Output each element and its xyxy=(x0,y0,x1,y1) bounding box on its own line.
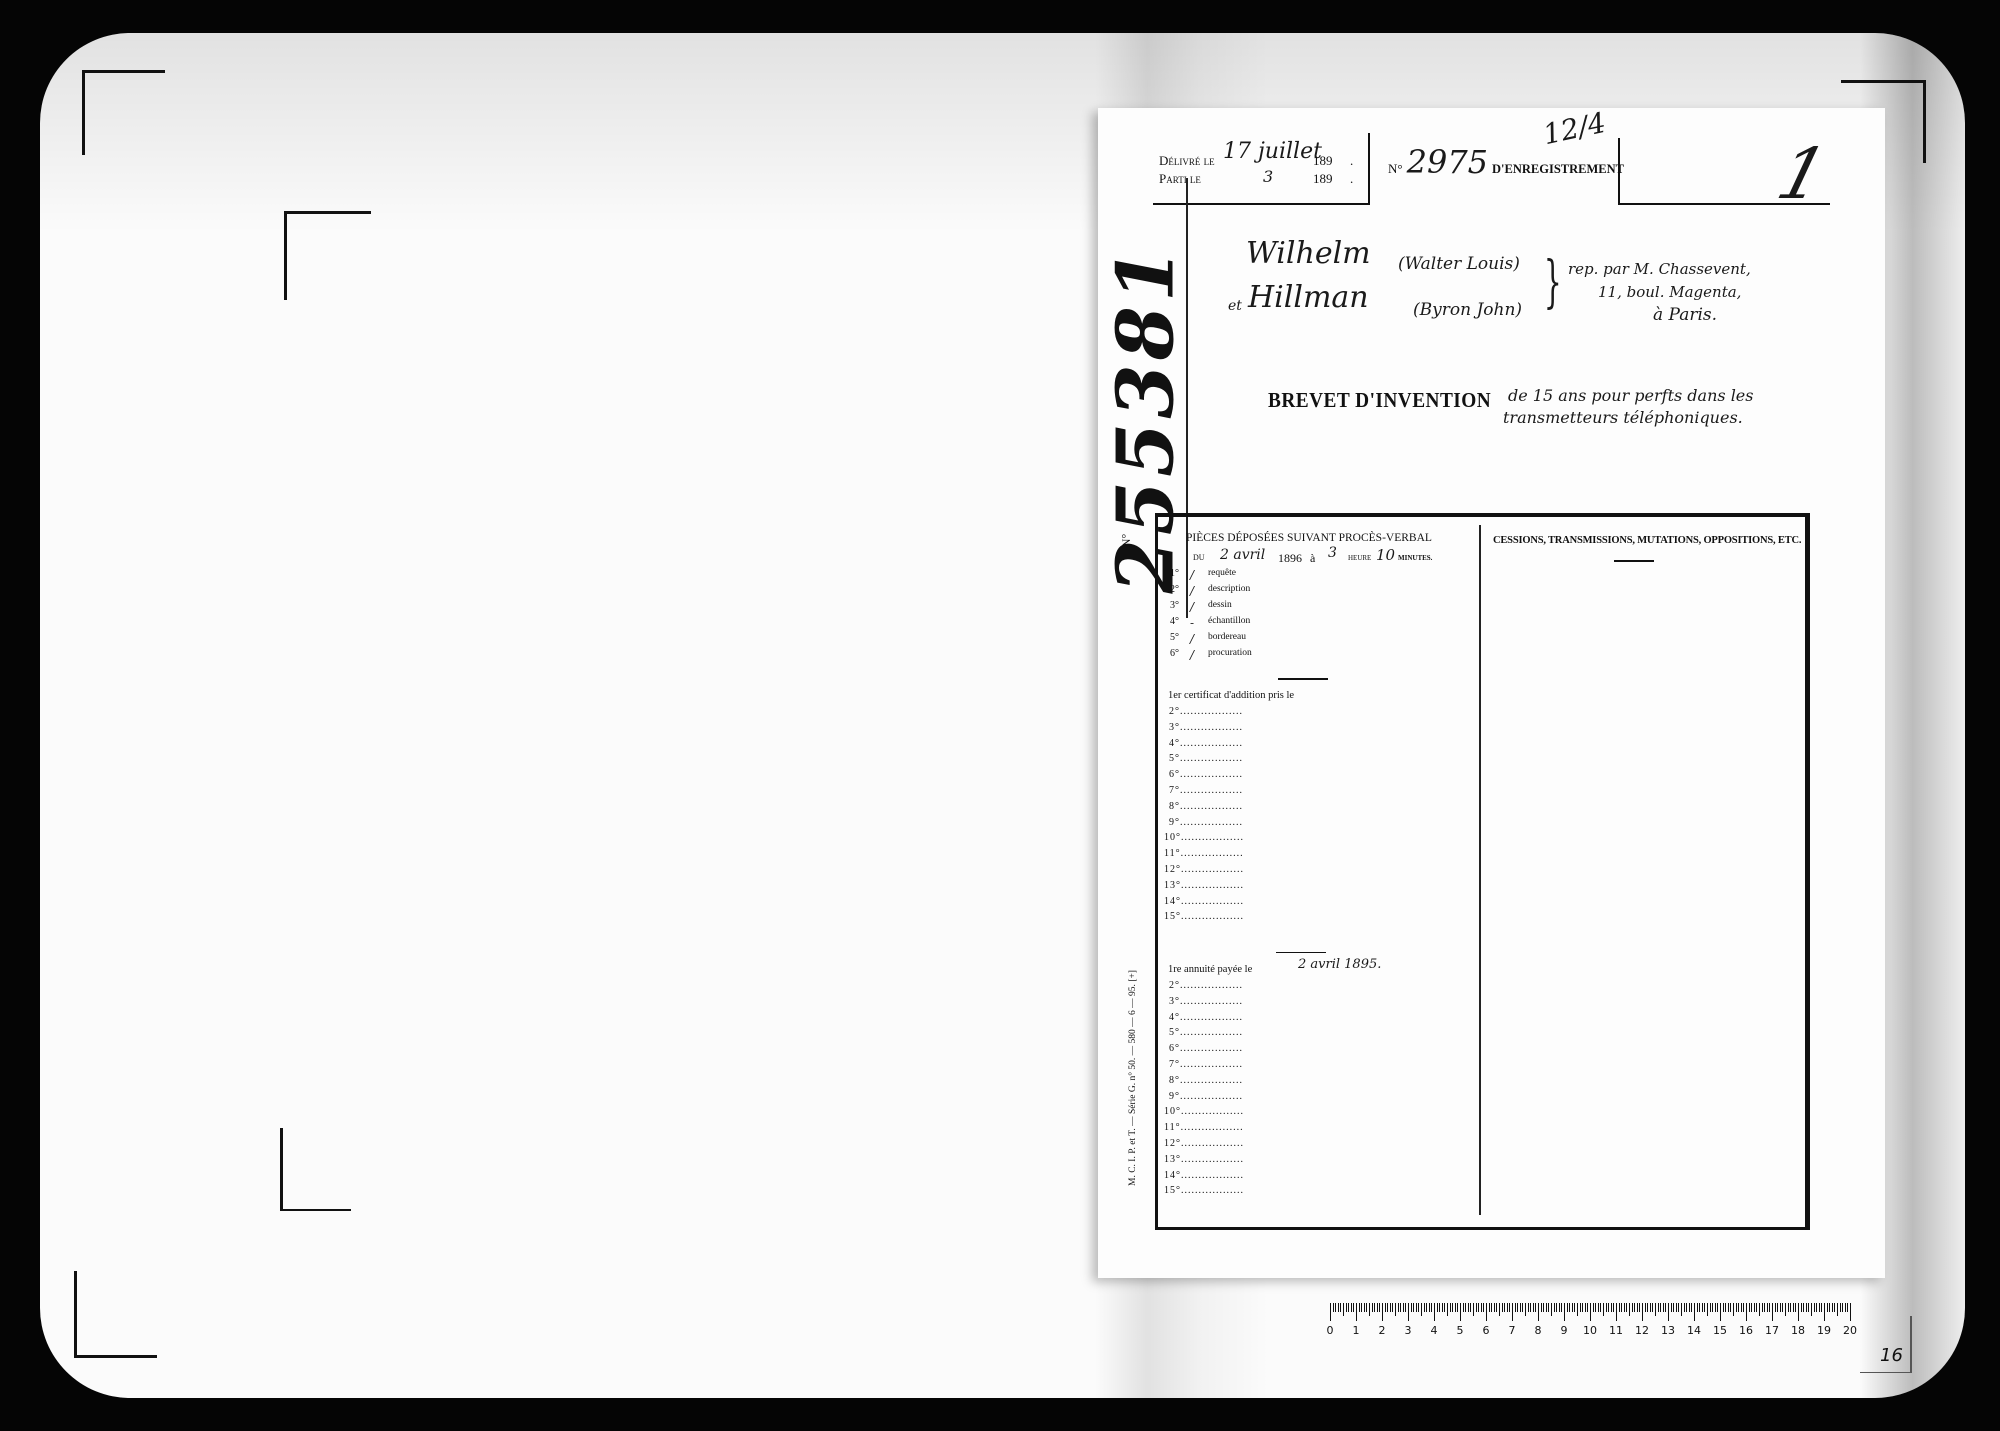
ruler-tick xyxy=(1460,1303,1461,1321)
ruler-tick xyxy=(1483,1303,1484,1312)
frame-number: 16 xyxy=(1880,1345,1903,1366)
ruler-tick xyxy=(1567,1303,1568,1312)
patent-number-prefix: N° xyxy=(1119,534,1134,547)
ruler-tick xyxy=(1338,1303,1339,1312)
ruler-tick xyxy=(1491,1303,1492,1312)
ruler-tick xyxy=(1439,1303,1440,1312)
ruler-tick xyxy=(1756,1303,1757,1312)
ruler-tick xyxy=(1847,1303,1848,1312)
ruler-tick xyxy=(1418,1303,1419,1312)
ruler-tick xyxy=(1434,1303,1435,1321)
representative-line-3: à Paris. xyxy=(1653,305,1717,325)
ruler-tick xyxy=(1767,1303,1768,1312)
ruler-tick xyxy=(1723,1303,1724,1312)
ruler-tick xyxy=(1834,1303,1835,1312)
ruler-tick xyxy=(1593,1303,1594,1312)
ruler-tick xyxy=(1489,1303,1490,1312)
ruler-tick xyxy=(1372,1303,1373,1312)
ruler-tick xyxy=(1502,1303,1503,1312)
ruler-tick xyxy=(1421,1303,1422,1316)
ruler-tick xyxy=(1468,1303,1469,1312)
ruler-tick xyxy=(1452,1303,1453,1312)
ruler-tick xyxy=(1764,1303,1765,1312)
ruler-tick xyxy=(1486,1303,1487,1321)
ruler-tick xyxy=(1798,1303,1799,1321)
ruler-tick xyxy=(1444,1303,1445,1312)
ruler-tick xyxy=(1788,1303,1789,1312)
ruler-tick xyxy=(1387,1303,1388,1312)
ruler-tick xyxy=(1684,1303,1685,1312)
ruler-tick xyxy=(1837,1303,1838,1316)
ruler-tick xyxy=(1600,1303,1601,1312)
list-item: 13°.................. xyxy=(1164,1154,1244,1165)
piece-number: 2° xyxy=(1170,584,1179,595)
patent-document: Délivré le 17 juillet 189 . Parti le 3 1… xyxy=(1098,108,1885,1278)
ruler-tick xyxy=(1725,1303,1726,1312)
registration-prefix: N° xyxy=(1388,161,1403,176)
ruler-tick xyxy=(1728,1303,1729,1312)
ruler-tick xyxy=(1382,1303,1383,1321)
minutes: 10 xyxy=(1376,546,1395,564)
ruler-tick xyxy=(1590,1303,1591,1321)
ruler-label: 10 xyxy=(1583,1324,1597,1337)
ruler-label: 3 xyxy=(1405,1324,1412,1337)
ruler-tick xyxy=(1353,1303,1354,1312)
ruler-tick xyxy=(1608,1303,1609,1312)
ruler-tick xyxy=(1668,1303,1669,1321)
ruler-tick xyxy=(1561,1303,1562,1312)
ruler-tick xyxy=(1348,1303,1349,1312)
ruler-tick xyxy=(1577,1303,1578,1316)
ruler-tick xyxy=(1626,1303,1627,1312)
ruler-tick xyxy=(1426,1303,1427,1312)
piece-count: / xyxy=(1190,600,1194,614)
list-item: 4°.................. xyxy=(1169,738,1243,749)
ruler-tick xyxy=(1691,1303,1692,1312)
piece-count: / xyxy=(1190,648,1194,662)
list-item: 11°.................. xyxy=(1164,1122,1244,1133)
hour-label: HEURE xyxy=(1348,554,1371,562)
ruler-tick xyxy=(1333,1303,1334,1312)
ruler-tick xyxy=(1697,1303,1698,1312)
ruler-label: 4 xyxy=(1431,1324,1438,1337)
ruler-tick xyxy=(1780,1303,1781,1312)
ruler-tick xyxy=(1405,1303,1406,1312)
ruler-tick xyxy=(1736,1303,1737,1312)
list-item: 12°.................. xyxy=(1164,1138,1244,1149)
ruler-tick xyxy=(1645,1303,1646,1312)
ruler-label: 18 xyxy=(1791,1324,1805,1337)
ruler-tick xyxy=(1769,1303,1770,1312)
hour: 3 xyxy=(1328,545,1337,561)
ruler-tick xyxy=(1704,1303,1705,1312)
ruler-tick xyxy=(1395,1303,1396,1316)
ruler-tick xyxy=(1408,1303,1409,1321)
ruler-tick xyxy=(1652,1303,1653,1312)
list-item: 12°.................. xyxy=(1164,864,1244,875)
title-detail-line-2: transmetteurs téléphoniques. xyxy=(1503,408,1743,427)
ruler-tick xyxy=(1582,1303,1583,1312)
ruler-tick xyxy=(1541,1303,1542,1312)
ruler-tick xyxy=(1741,1303,1742,1312)
list-item: 3°.................. xyxy=(1169,722,1243,733)
scale-ruler: 01234567891011121314151617181920 xyxy=(1322,1303,1858,1339)
left-heading: PIÈCES DÉPOSÉES SUIVANT PROCÈS-VERBAL xyxy=(1186,532,1432,544)
piece-count: - xyxy=(1190,616,1194,630)
ruler-tick xyxy=(1392,1303,1393,1312)
piece-number: 4° xyxy=(1170,616,1179,627)
title-detail-line-1: de 15 ans pour perfts dans les xyxy=(1508,386,1753,405)
piece-number: 5° xyxy=(1170,632,1179,643)
ruler-label: 2 xyxy=(1379,1324,1386,1337)
ruler-tick xyxy=(1715,1303,1716,1312)
piece-label: description xyxy=(1208,584,1250,594)
ruler-tick xyxy=(1762,1303,1763,1312)
ruler-tick xyxy=(1390,1303,1391,1312)
register-table: PIÈCES DÉPOSÉES SUIVANT PROCÈS-VERBAL DU… xyxy=(1155,513,1810,1230)
ruler-tick xyxy=(1424,1303,1425,1312)
ruler-tick xyxy=(1819,1303,1820,1312)
list-item: 15°.................. xyxy=(1164,911,1244,922)
ruler-tick xyxy=(1673,1303,1674,1312)
ruler-tick xyxy=(1616,1303,1617,1321)
ruler-tick xyxy=(1507,1303,1508,1312)
applicant-surname-1: Wilhelm xyxy=(1246,236,1371,271)
ruler-tick xyxy=(1554,1303,1555,1312)
applicant-prefix-2: et xyxy=(1228,298,1242,314)
year: 1896 xyxy=(1278,551,1302,566)
column-divider xyxy=(1479,525,1481,1215)
ruler-tick xyxy=(1759,1303,1760,1316)
ruler-tick xyxy=(1530,1303,1531,1312)
ruler-tick xyxy=(1816,1303,1817,1312)
ruler-tick xyxy=(1821,1303,1822,1312)
ruler-tick xyxy=(1637,1303,1638,1312)
ruler-tick xyxy=(1814,1303,1815,1312)
ruler-label: 7 xyxy=(1509,1324,1516,1337)
ruler-tick xyxy=(1447,1303,1448,1316)
ruler-tick xyxy=(1824,1303,1825,1321)
ruler-tick xyxy=(1369,1303,1370,1316)
ruler-tick xyxy=(1595,1303,1596,1312)
ruler-label: 13 xyxy=(1661,1324,1675,1337)
list-item: 6°.................. xyxy=(1169,1043,1243,1054)
list-item: 7°.................. xyxy=(1169,785,1243,796)
ruler-tick xyxy=(1450,1303,1451,1312)
ruler-tick xyxy=(1720,1303,1721,1321)
list-item: 6°.................. xyxy=(1169,769,1243,780)
ruler-tick xyxy=(1525,1303,1526,1316)
ruler-tick xyxy=(1840,1303,1841,1312)
ruler-tick xyxy=(1429,1303,1430,1312)
ruler-tick xyxy=(1535,1303,1536,1312)
ruler-tick xyxy=(1572,1303,1573,1312)
ruler-tick xyxy=(1346,1303,1347,1312)
ruler-tick xyxy=(1829,1303,1830,1312)
ruler-tick xyxy=(1655,1303,1656,1316)
ruler-tick xyxy=(1629,1303,1630,1316)
list-item: 2°.................. xyxy=(1169,706,1243,717)
ruler-tick xyxy=(1413,1303,1414,1312)
ruler-tick xyxy=(1790,1303,1791,1312)
ruler-tick xyxy=(1689,1303,1690,1312)
ruler-tick xyxy=(1411,1303,1412,1312)
ruler-tick xyxy=(1772,1303,1773,1321)
ruler-tick xyxy=(1785,1303,1786,1316)
list-item: 3°.................. xyxy=(1169,996,1243,1007)
ruler-tick xyxy=(1585,1303,1586,1312)
corner-box: 1 xyxy=(1618,138,1830,205)
ruler-tick xyxy=(1702,1303,1703,1312)
list-item: 11°.................. xyxy=(1164,848,1244,859)
ruler-tick xyxy=(1686,1303,1687,1312)
du-label: DU xyxy=(1193,553,1205,562)
ruler-tick xyxy=(1782,1303,1783,1312)
ruler-tick xyxy=(1733,1303,1734,1316)
registration-number: 2975 xyxy=(1407,143,1488,181)
ruler-tick xyxy=(1476,1303,1477,1312)
list-item: 9°.................. xyxy=(1169,817,1243,828)
delivered-label: Délivré le xyxy=(1159,153,1215,169)
ruler-label: 12 xyxy=(1635,1324,1649,1337)
ruler-label: 17 xyxy=(1765,1324,1779,1337)
annuity-first: 1re annuité payée le xyxy=(1168,964,1252,975)
piece-number: 3° xyxy=(1170,600,1179,611)
delivered-year: 189 xyxy=(1313,153,1333,169)
minutes-label: MINUTES. xyxy=(1398,554,1432,562)
list-item: 4°.................. xyxy=(1169,1012,1243,1023)
list-item: 14°.................. xyxy=(1164,1170,1244,1181)
ruler-tick xyxy=(1377,1303,1378,1312)
ruler-tick xyxy=(1827,1303,1828,1312)
crop-mark-bottom-left-outer xyxy=(74,1271,157,1358)
ruler-tick xyxy=(1364,1303,1365,1312)
du-date: 2 avril xyxy=(1220,547,1265,563)
ruler-tick xyxy=(1676,1303,1677,1312)
list-item: 10°.................. xyxy=(1164,1106,1244,1117)
ruler-tick xyxy=(1522,1303,1523,1312)
ruler-tick xyxy=(1442,1303,1443,1312)
ruler-tick xyxy=(1811,1303,1812,1316)
ruler-tick xyxy=(1663,1303,1664,1312)
ruler-label: 0 xyxy=(1327,1324,1334,1337)
ruler-tick xyxy=(1587,1303,1588,1312)
ruler-tick xyxy=(1710,1303,1711,1312)
right-heading: CESSIONS, TRANSMISSIONS, MUTATIONS, OPPO… xyxy=(1493,535,1801,546)
ruler-label: 11 xyxy=(1609,1324,1623,1337)
punct: . xyxy=(1350,153,1353,169)
ruler-tick xyxy=(1335,1303,1336,1312)
ruler-tick xyxy=(1730,1303,1731,1312)
ruler-tick xyxy=(1694,1303,1695,1321)
ruler-tick xyxy=(1455,1303,1456,1312)
ruler-tick xyxy=(1717,1303,1718,1312)
ruler-tick xyxy=(1801,1303,1802,1312)
ruler-tick xyxy=(1564,1303,1565,1321)
ruler-tick xyxy=(1374,1303,1375,1312)
ruler-label: 1 xyxy=(1353,1324,1360,1337)
ruler-tick xyxy=(1650,1303,1651,1312)
ruler-tick xyxy=(1738,1303,1739,1312)
ruler-tick xyxy=(1603,1303,1604,1316)
ruler-tick xyxy=(1751,1303,1752,1312)
list-item: 8°.................. xyxy=(1169,1075,1243,1086)
registration: N° 2975 D'ENREGISTREMENT xyxy=(1388,143,1624,181)
corner-mark: 1 xyxy=(1769,133,1836,215)
representative-line-2: 11, boul. Magenta, xyxy=(1598,283,1741,301)
list-item: 5°.................. xyxy=(1169,753,1243,764)
ruler-tick xyxy=(1512,1303,1513,1321)
piece-label: requête xyxy=(1208,568,1236,578)
ruler-tick xyxy=(1509,1303,1510,1312)
piece-label: échantillon xyxy=(1208,616,1250,626)
document-title: BREVET D'INVENTION xyxy=(1268,388,1491,413)
crop-mark-bottom-left-inner xyxy=(280,1128,351,1211)
ruler-tick xyxy=(1642,1303,1643,1321)
piece-count: / xyxy=(1190,632,1194,646)
ruler-tick xyxy=(1808,1303,1809,1312)
separator xyxy=(1614,560,1654,562)
ruler-tick xyxy=(1463,1303,1464,1312)
ruler-tick xyxy=(1658,1303,1659,1312)
ruler-tick xyxy=(1559,1303,1560,1312)
ruler-tick xyxy=(1546,1303,1547,1312)
ruler-tick xyxy=(1795,1303,1796,1312)
ruler-label: 14 xyxy=(1687,1324,1701,1337)
applicant-given-1: (Walter Louis) xyxy=(1398,254,1520,274)
ruler-tick xyxy=(1543,1303,1544,1312)
ruler-tick xyxy=(1499,1303,1500,1316)
ruler-label: 16 xyxy=(1739,1324,1753,1337)
ruler-tick xyxy=(1457,1303,1458,1312)
piece-number: 6° xyxy=(1170,648,1179,659)
ruler-tick xyxy=(1681,1303,1682,1316)
ruler-label: 9 xyxy=(1561,1324,1568,1337)
ruler-label: 6 xyxy=(1483,1324,1490,1337)
ruler-tick xyxy=(1749,1303,1750,1312)
ruler-label: 20 xyxy=(1843,1324,1857,1337)
piece-count: / xyxy=(1190,584,1194,598)
ruler-tick xyxy=(1569,1303,1570,1312)
ruler-tick xyxy=(1494,1303,1495,1312)
ruler-tick xyxy=(1556,1303,1557,1312)
brace: } xyxy=(1544,250,1562,315)
ruler-tick xyxy=(1379,1303,1380,1312)
ruler-tick xyxy=(1403,1303,1404,1312)
ruler-tick xyxy=(1538,1303,1539,1321)
ruler-tick xyxy=(1660,1303,1661,1312)
applicant-given-2: (Byron John) xyxy=(1413,300,1522,320)
printer-note-text: M. C. I. P. et T. — Série G. n° 50. — 58… xyxy=(1128,948,1138,1208)
crop-mark-top-left-outer xyxy=(82,70,165,155)
ruler-tick xyxy=(1611,1303,1612,1312)
piece-number: 1° xyxy=(1170,568,1179,579)
ruler-tick xyxy=(1437,1303,1438,1312)
ruler-tick xyxy=(1398,1303,1399,1312)
ruler-tick xyxy=(1699,1303,1700,1312)
ruler-tick xyxy=(1517,1303,1518,1312)
ruler-tick xyxy=(1520,1303,1521,1312)
annuity-first-value: 2 avril 1895. xyxy=(1298,957,1381,972)
ruler-tick xyxy=(1775,1303,1776,1312)
piece-label: procuration xyxy=(1208,648,1252,658)
ruler-tick xyxy=(1598,1303,1599,1312)
ruler-tick xyxy=(1832,1303,1833,1312)
ruler-tick xyxy=(1580,1303,1581,1312)
ruler-tick xyxy=(1624,1303,1625,1312)
ruler-tick xyxy=(1632,1303,1633,1312)
piece-label: dessin xyxy=(1208,600,1232,610)
applicant-surname-2: Hillman xyxy=(1248,280,1369,315)
ruler-tick xyxy=(1551,1303,1552,1316)
ruler-tick xyxy=(1707,1303,1708,1316)
ruler-tick xyxy=(1351,1303,1352,1312)
ruler-tick xyxy=(1548,1303,1549,1312)
ruler-tick xyxy=(1619,1303,1620,1312)
piece-label: bordereau xyxy=(1208,632,1246,642)
a-label: à xyxy=(1310,551,1315,566)
separator xyxy=(1276,952,1326,953)
ruler-tick xyxy=(1647,1303,1648,1312)
ruler-tick xyxy=(1574,1303,1575,1312)
ruler-tick xyxy=(1528,1303,1529,1312)
ruler-tick xyxy=(1746,1303,1747,1321)
ruler-tick xyxy=(1481,1303,1482,1312)
ruler-tick xyxy=(1340,1303,1341,1312)
ruler-tick xyxy=(1533,1303,1534,1312)
ruler-tick xyxy=(1671,1303,1672,1312)
ruler-tick xyxy=(1639,1303,1640,1312)
list-item: 2°.................. xyxy=(1169,980,1243,991)
ruler-tick xyxy=(1400,1303,1401,1312)
ruler-tick xyxy=(1504,1303,1505,1312)
list-item: 9°.................. xyxy=(1169,1091,1243,1102)
ruler-tick xyxy=(1806,1303,1807,1312)
ruler-label: 8 xyxy=(1535,1324,1542,1337)
crop-mark-top-left-inner xyxy=(284,211,371,300)
ruler-tick xyxy=(1606,1303,1607,1312)
ruler-tick xyxy=(1465,1303,1466,1312)
list-item: 5°.................. xyxy=(1169,1027,1243,1038)
ruler-label: 15 xyxy=(1713,1324,1727,1337)
ruler-tick xyxy=(1431,1303,1432,1312)
printer-note: M. C. I. P. et T. — Série G. n° 50. — 58… xyxy=(1113,953,1133,1203)
ruler-tick xyxy=(1850,1303,1851,1321)
ruler-tick xyxy=(1416,1303,1417,1312)
ruler-tick xyxy=(1743,1303,1744,1312)
ruler-tick xyxy=(1515,1303,1516,1312)
ruler-tick xyxy=(1793,1303,1794,1312)
ruler-tick xyxy=(1361,1303,1362,1312)
ruler-tick xyxy=(1613,1303,1614,1312)
ruler-tick xyxy=(1803,1303,1804,1312)
representative-line-1: rep. par M. Chassevent, xyxy=(1568,260,1751,278)
departed-value: 3 xyxy=(1263,167,1273,186)
departed-year: 189 xyxy=(1313,171,1333,187)
ruler-tick xyxy=(1754,1303,1755,1312)
ruler-tick xyxy=(1621,1303,1622,1312)
registration-label: D'ENREGISTREMENT xyxy=(1492,162,1624,176)
list-item: 10°.................. xyxy=(1164,832,1244,843)
ruler-tick xyxy=(1385,1303,1386,1312)
ruler-tick xyxy=(1356,1303,1357,1321)
ruler-tick xyxy=(1359,1303,1360,1312)
list-item: 8°.................. xyxy=(1169,801,1243,812)
ruler-tick xyxy=(1712,1303,1713,1312)
ruler-tick xyxy=(1634,1303,1635,1312)
ruler-tick xyxy=(1473,1303,1474,1316)
ruler-tick xyxy=(1470,1303,1471,1312)
